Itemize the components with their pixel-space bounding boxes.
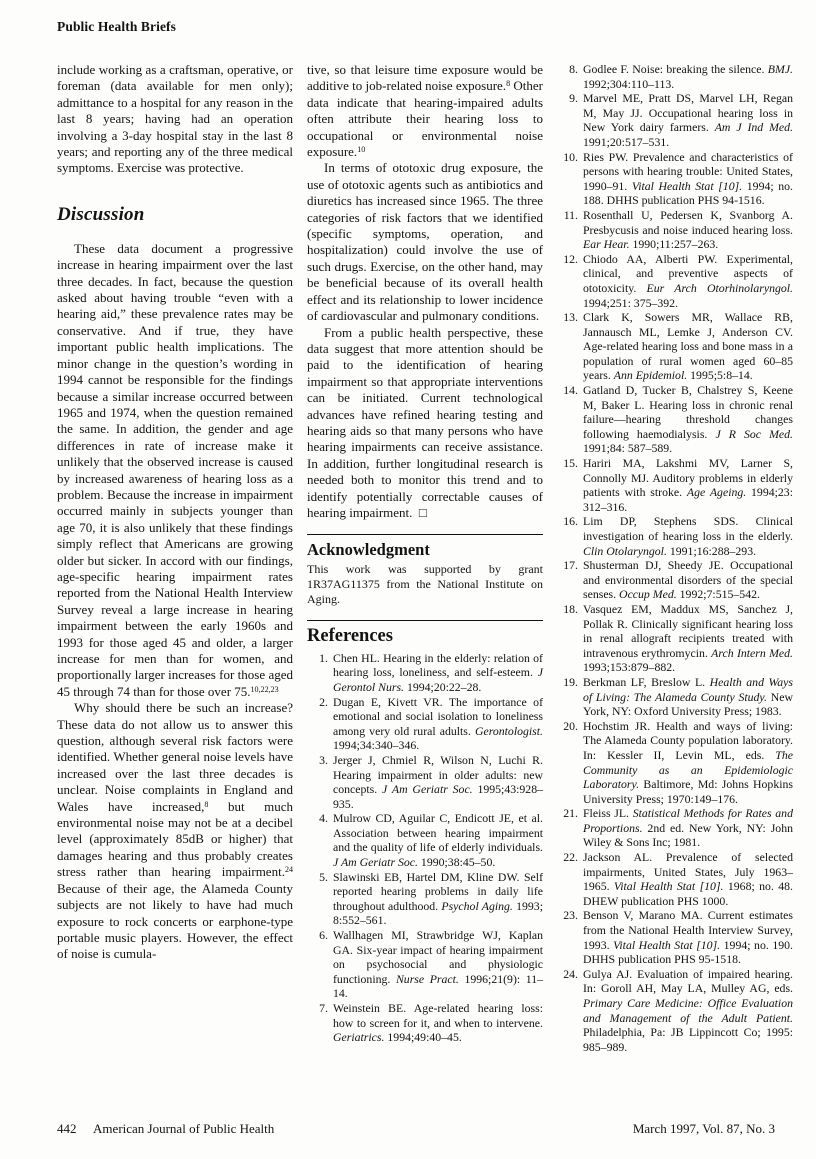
reference-number: 8. — [557, 62, 583, 91]
reference-number: 16. — [557, 514, 583, 558]
reference-item: 16.Lim DP, Stephens SDS. Clinical invest… — [557, 514, 793, 558]
reference-number: 9. — [557, 91, 583, 149]
discussion-heading: Discussion — [57, 204, 293, 226]
reference-text: Benson V, Marano MA. Current estimates f… — [583, 908, 793, 966]
reference-text: Jackson AL. Prevalence of selected impai… — [583, 850, 793, 908]
acknowledgment-text: This work was supported by grant 1R37AG1… — [307, 562, 543, 606]
reference-number: 24. — [557, 967, 583, 1055]
section-divider — [307, 534, 543, 535]
reference-number: 13. — [557, 310, 583, 383]
reference-item: 18.Vasquez EM, Maddux MS, Sanchez J, Pol… — [557, 602, 793, 675]
reference-number: 21. — [557, 806, 583, 850]
column-2: tive, so that leisure time exposure woul… — [307, 62, 543, 1054]
reference-text: Berkman LF, Breslow L. Health and Ways o… — [583, 675, 793, 719]
reference-number: 6. — [307, 928, 333, 1001]
reference-item: 24.Gulya AJ. Evaluation of impaired hear… — [557, 967, 793, 1055]
reference-text: Mulrow CD, Aguilar C, Endicott JE, et al… — [333, 811, 543, 869]
journal-title: American Journal of Public Health — [93, 1121, 274, 1136]
reference-item: 4.Mulrow CD, Aguilar C, Endicott JE, et … — [307, 811, 543, 869]
paragraph-discussion-2: Why should there be such an increase? Th… — [57, 700, 293, 963]
reference-item: 17.Shusterman DJ, Sheedy JE. Occupationa… — [557, 558, 793, 602]
reference-text: Jerger J, Chmiel R, Wilson N, Luchi R. H… — [333, 753, 543, 811]
reference-text: Weinstein BE. Age-related hearing loss: … — [333, 1001, 543, 1045]
acknowledgment-heading: Acknowledgment — [307, 540, 543, 560]
reference-item: 13.Clark K, Sowers MR, Wallace RB, Janna… — [557, 310, 793, 383]
reference-text: Rosenthall U, Pedersen K, Svanborg A. Pr… — [583, 208, 793, 252]
issue-info: March 1997, Vol. 87, No. 3 — [633, 1121, 775, 1137]
paragraph-methods-continuation: include working as a craftsman, operativ… — [57, 62, 293, 177]
reference-item: 9.Marvel ME, Pratt DS, Marvel LH, Regan … — [557, 91, 793, 149]
references-heading: References — [307, 626, 543, 647]
reference-text: Chiodo AA, Alberti PW. Experimental, cli… — [583, 252, 793, 310]
article-columns: include working as a craftsman, operativ… — [57, 62, 793, 1054]
reference-text: Slawinski EB, Hartel DM, Kline DW. Self … — [333, 870, 543, 928]
reference-number: 15. — [557, 456, 583, 514]
reference-number: 4. — [307, 811, 333, 869]
reference-item: 12.Chiodo AA, Alberti PW. Experimental, … — [557, 252, 793, 310]
reference-number: 18. — [557, 602, 583, 675]
page-footer: 442 American Journal of Public Health Ma… — [57, 1121, 775, 1137]
reference-number: 12. — [557, 252, 583, 310]
footer-left: 442 American Journal of Public Health — [57, 1121, 274, 1137]
reference-text: Marvel ME, Pratt DS, Marvel LH, Regan M,… — [583, 91, 793, 149]
reference-text: Shusterman DJ, Sheedy JE. Occupational a… — [583, 558, 793, 602]
reference-text: Chen HL. Hearing in the elderly: relatio… — [333, 651, 543, 695]
paragraph-discussion-1: These data document a progressive increa… — [57, 241, 293, 700]
reference-item: 19.Berkman LF, Breslow L. Health and Way… — [557, 675, 793, 719]
reference-number: 7. — [307, 1001, 333, 1045]
reference-item: 1.Chen HL. Hearing in the elderly: relat… — [307, 651, 543, 695]
reference-text: Wallhagen MI, Strawbridge WJ, Kaplan GA.… — [333, 928, 543, 1001]
reference-number: 10. — [557, 150, 583, 208]
journal-page: Public Health Briefs include working as … — [0, 0, 816, 1159]
reference-item: 10.Ries PW. Prevalence and characteristi… — [557, 150, 793, 208]
reference-text: Fleiss JL. Statistical Methods for Rates… — [583, 806, 793, 850]
column-3: 8.Godlee F. Noise: breaking the silence.… — [557, 62, 793, 1054]
paragraph-discussion-3: tive, so that leisure time exposure woul… — [307, 62, 543, 160]
column-1: include working as a craftsman, operativ… — [57, 62, 293, 1054]
reference-text: Godlee F. Noise: breaking the silence. B… — [583, 62, 793, 91]
paragraph-discussion-5: From a public health perspective, these … — [307, 325, 543, 522]
reference-text: Gulya AJ. Evaluation of impaired hearing… — [583, 967, 793, 1055]
reference-number: 22. — [557, 850, 583, 908]
reference-number: 20. — [557, 719, 583, 807]
reference-text: Clark K, Sowers MR, Wallace RB, Jannausc… — [583, 310, 793, 383]
reference-item: 7.Weinstein BE. Age-related hearing loss… — [307, 1001, 543, 1045]
reference-number: 3. — [307, 753, 333, 811]
page-number: 442 — [57, 1121, 77, 1136]
reference-text: Ries PW. Prevalence and characteristics … — [583, 150, 793, 208]
reference-list-1-7: 1.Chen HL. Hearing in the elderly: relat… — [307, 651, 543, 1045]
reference-item: 5.Slawinski EB, Hartel DM, Kline DW. Sel… — [307, 870, 543, 928]
reference-number: 19. — [557, 675, 583, 719]
reference-item: 8.Godlee F. Noise: breaking the silence.… — [557, 62, 793, 91]
reference-item: 22.Jackson AL. Prevalence of selected im… — [557, 850, 793, 908]
reference-item: 11.Rosenthall U, Pedersen K, Svanborg A.… — [557, 208, 793, 252]
section-divider — [307, 620, 543, 621]
reference-number: 23. — [557, 908, 583, 966]
reference-item: 6.Wallhagen MI, Strawbridge WJ, Kaplan G… — [307, 928, 543, 1001]
reference-number: 14. — [557, 383, 583, 456]
reference-text: Hariri MA, Lakshmi MV, Larner S, Connoll… — [583, 456, 793, 514]
reference-item: 20.Hochstim JR. Health and ways of livin… — [557, 719, 793, 807]
reference-number: 11. — [557, 208, 583, 252]
reference-item: 2.Dugan E, Kivett VR. The importance of … — [307, 695, 543, 753]
reference-item: 15.Hariri MA, Lakshmi MV, Larner S, Conn… — [557, 456, 793, 514]
reference-item: 23.Benson V, Marano MA. Current estimate… — [557, 908, 793, 966]
reference-text: Gatland D, Tucker B, Chalstrey S, Keene … — [583, 383, 793, 456]
reference-text: Lim DP, Stephens SDS. Clinical investiga… — [583, 514, 793, 558]
paragraph-discussion-4: In terms of ototoxic drug exposure, the … — [307, 160, 543, 324]
reference-item: 14.Gatland D, Tucker B, Chalstrey S, Kee… — [557, 383, 793, 456]
reference-text: Dugan E, Kivett VR. The importance of em… — [333, 695, 543, 753]
reference-number: 1. — [307, 651, 333, 695]
reference-item: 21.Fleiss JL. Statistical Methods for Ra… — [557, 806, 793, 850]
reference-text: Vasquez EM, Maddux MS, Sanchez J, Pollak… — [583, 602, 793, 675]
reference-number: 5. — [307, 870, 333, 928]
running-head: Public Health Briefs — [57, 19, 176, 35]
reference-number: 17. — [557, 558, 583, 602]
reference-text: Hochstim JR. Health and ways of living: … — [583, 719, 793, 807]
reference-number: 2. — [307, 695, 333, 753]
reference-list-8-24: 8.Godlee F. Noise: breaking the silence.… — [557, 62, 793, 1054]
reference-item: 3.Jerger J, Chmiel R, Wilson N, Luchi R.… — [307, 753, 543, 811]
